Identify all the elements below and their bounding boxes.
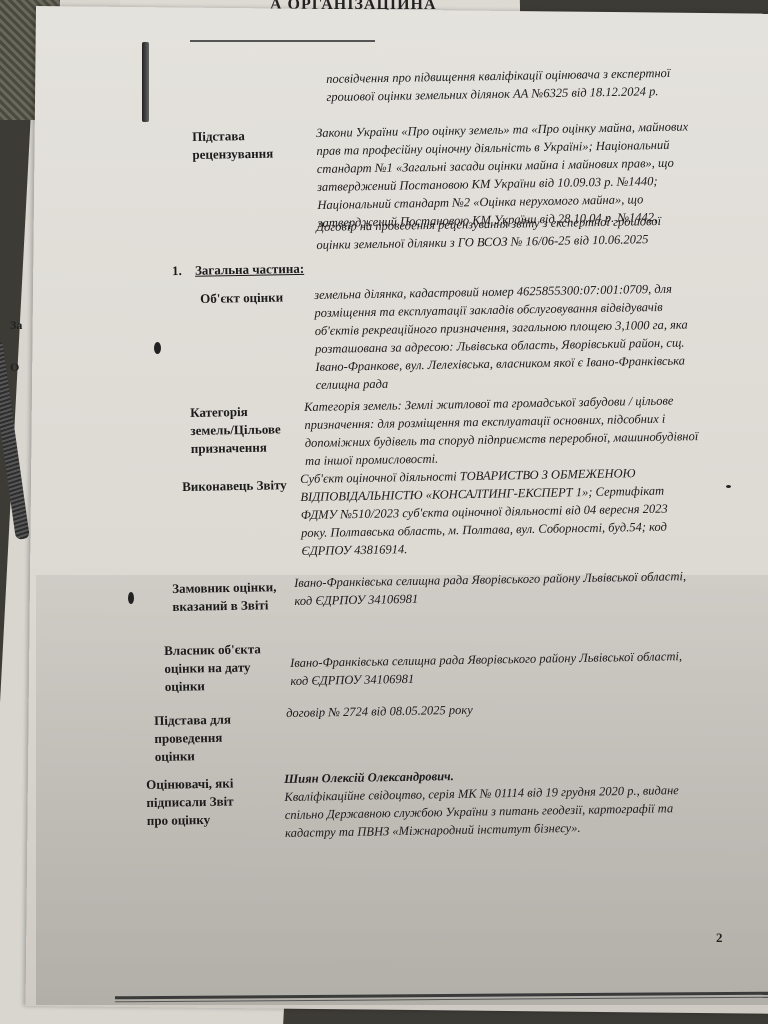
object-value: земельна ділянка, кадастровий номер 4625… — [314, 279, 689, 393]
label-line: Оцінювачі, які — [146, 774, 234, 794]
object-label: Об'єкт оцінки — [200, 289, 283, 308]
underlying-page-fragment: За — [10, 318, 22, 333]
ink-dot — [726, 485, 731, 488]
section-title: Загальна частина: — [195, 261, 304, 278]
executor-label: Виконавець Звіту — [182, 476, 287, 496]
scan-mark — [142, 42, 149, 122]
executor-value: Суб'єкт оціночної діяльності ТОВАРИСТВО … — [300, 464, 668, 560]
appraisers-value: Шиян Олексій Олександрович. Кваліфікацій… — [284, 763, 680, 842]
value-line: договір № 2724 від 08.05.2025 року — [286, 701, 473, 722]
customer-label: Замовник оцінки, вказаний в Звіті — [172, 578, 277, 616]
label-line: призначення — [191, 438, 282, 458]
valuation-basis-label: Підстава для проведення оцінки — [154, 711, 232, 766]
label-line: Замовник оцінки, — [172, 578, 277, 598]
underlying-page-fragment: О — [10, 360, 19, 375]
top-rule — [190, 40, 375, 42]
label-line: Власник об'єкта — [164, 640, 261, 660]
label-line: оцінки на дату — [164, 658, 261, 678]
label-line: вказаний в Звіті — [172, 596, 277, 616]
review-basis-label: Підстава рецензування — [192, 127, 273, 164]
label-line: проведення — [154, 729, 231, 748]
category-value: Категорія земель: Землі житлової та гром… — [304, 391, 699, 470]
section-number: 1. — [172, 263, 182, 278]
label-line: Виконавець Звіту — [182, 476, 287, 496]
label-line: оцінки — [165, 676, 262, 696]
page-number: 2 — [716, 930, 723, 946]
valuation-basis-value: договір № 2724 від 08.05.2025 року — [286, 701, 473, 722]
ink-dot — [154, 342, 161, 354]
owner-value: Івано-Франківська селищна рада Яворівськ… — [290, 647, 683, 690]
customer-value: Івано-Франківська селищна рада Яворівськ… — [294, 567, 687, 610]
label-line: рецензування — [192, 145, 273, 164]
appraisers-label: Оцінювачі, які підписали Звіт про оцінку — [146, 774, 234, 830]
owner-label: Власник об'єкта оцінки на дату оцінки — [164, 640, 262, 696]
label-line: Об'єкт оцінки — [200, 289, 283, 308]
label-line: Категорія — [190, 402, 281, 422]
label-line: Підстава — [192, 127, 273, 146]
label-line: земель/Цільове — [190, 420, 281, 440]
label-line: оцінки — [155, 747, 232, 766]
label-line: Підстава для — [154, 711, 231, 730]
label-line: про оцінку — [147, 810, 235, 830]
section-heading: 1. Загальна частина: — [172, 261, 304, 279]
category-label: Категорія земель/Цільове призначення — [190, 402, 281, 458]
label-line: підписали Звіт — [146, 792, 234, 812]
ink-dot — [128, 592, 134, 604]
intro-paragraph: посвідчення про підвищення кваліфікації … — [326, 63, 707, 106]
review-basis-contract: Договір на проведення рецензування звіту… — [316, 212, 662, 254]
